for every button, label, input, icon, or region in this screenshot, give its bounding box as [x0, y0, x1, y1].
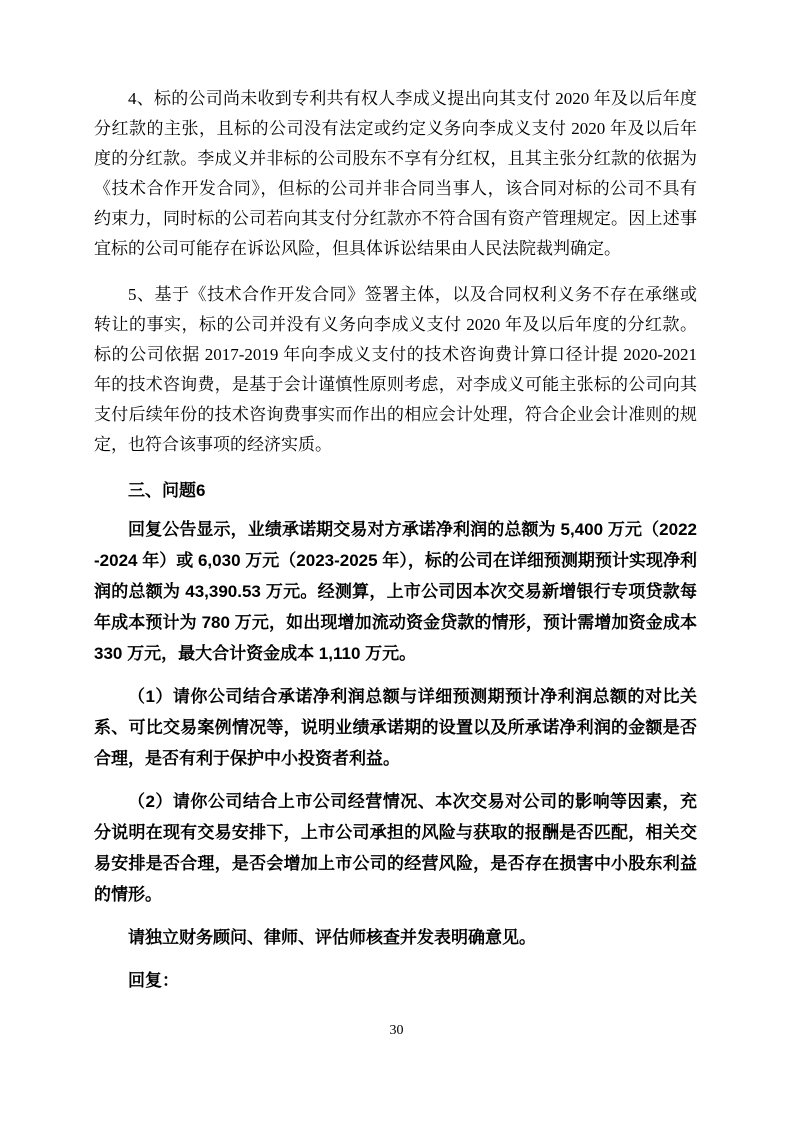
paragraph-question-1: （1）请你公司结合承诺净利润总额与详细预测期预计净利润总额的对比关系、可比交易案… [94, 681, 697, 774]
paragraph-verification-request: 请独立财务顾问、律师、评估师核查并发表明确意见。 [94, 922, 697, 953]
paragraph-item-4: 4、标的公司尚未收到专利共有权人李成义提出向其支付 2020 年及以后年度分红款… [94, 84, 697, 264]
paragraph-reply-label: 回复： [94, 965, 697, 996]
page-number: 30 [0, 1024, 793, 1038]
paragraph-question-2: （2）请你公司结合上市公司经营情况、本次交易对公司的影响等因素，充分说明在现有交… [94, 786, 697, 910]
paragraph-item-5: 5、基于《技术合作开发合同》签署主体，以及合同权利义务不存在承继或转让的事实，标… [94, 280, 697, 460]
paragraph-announcement-summary: 回复公告显示，业绩承诺期交易对方承诺净利润的总额为 5,400 万元（2022-… [94, 514, 697, 669]
document-page: 4、标的公司尚未收到专利共有权人李成义提出向其支付 2020 年及以后年度分红款… [0, 0, 793, 1122]
section-heading-question-6: 三、问题6 [94, 476, 697, 506]
